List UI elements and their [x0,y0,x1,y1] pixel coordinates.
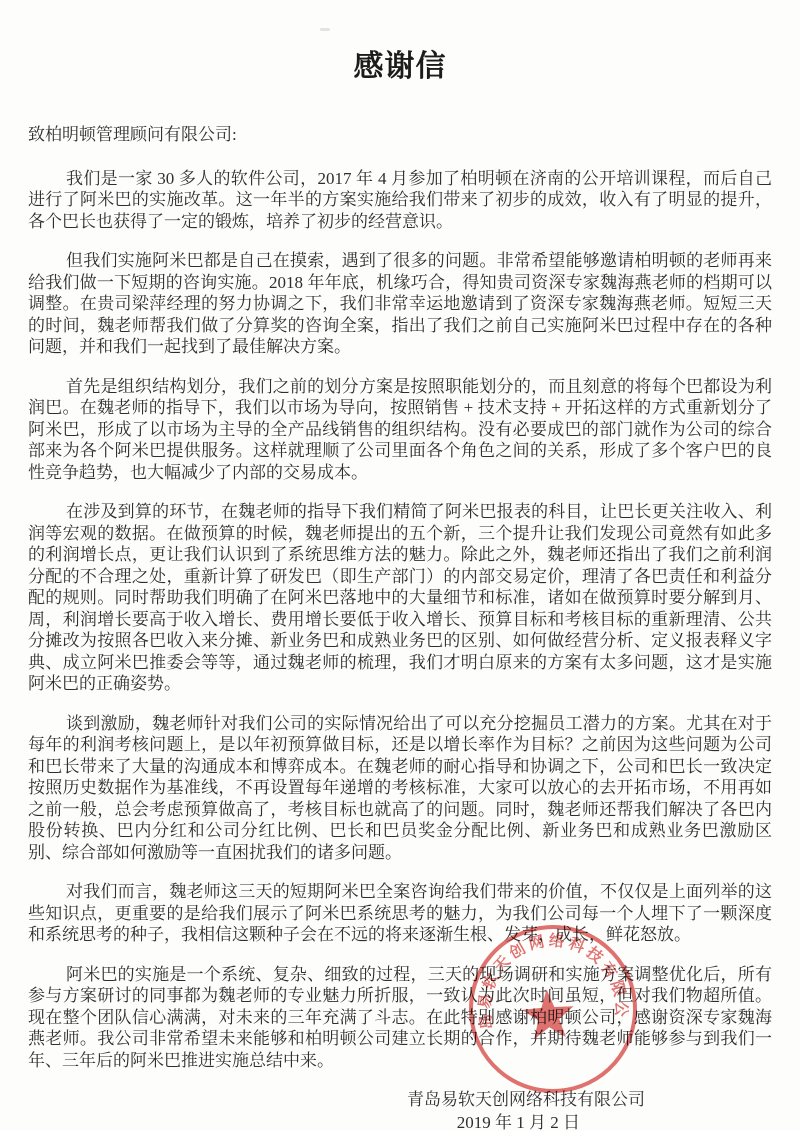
salutation: 致柏明顿管理顾问有限公司: [28,124,772,146]
company-seal: 青岛易软天创网络科技有限公司 [458,914,648,1104]
signature-date: 2019 年 1 月 2 日 [28,1112,772,1131]
body-paragraph-2: 但我们实施阿米巴都是自己在摸索，遇到了很多的问题。非常希望能够邀请柏明顿的老师再… [28,250,772,358]
body-paragraph-6: 对我们而言，魏老师这三天的短期阿米巴全案咨询给我们带来的价值，不仅仅是上面列举的… [28,881,772,946]
letter-body: 我们是一家 30 多人的软件公司，2017 年 4 月参加了柏明顿在济南的公开培… [28,168,772,1072]
letter-title: 感谢信 [0,0,800,87]
seal-star-icon [521,988,576,1040]
body-paragraph-5: 谈到激励，魏老师针对我们公司的实际情况给出了可以充分挖掘员工潜力的方案。尤其在对… [28,713,772,864]
signature-company: 青岛易软天创网络科技有限公司 [28,1089,772,1111]
scan-speck [320,28,330,31]
signature-block: 青岛易软天创网络科技有限公司 2019 年 1 月 2 日 [28,1089,772,1131]
letter-page: 感谢信 致柏明顿管理顾问有限公司: 我们是一家 30 多人的软件公司，2017 … [0,0,800,1131]
body-paragraph-7: 阿米巴的实施是一个系统、复杂、细致的过程，三天的现场调研和实施方案调整优化后，所… [28,964,772,1072]
body-paragraph-1: 我们是一家 30 多人的软件公司，2017 年 4 月参加了柏明顿在济南的公开培… [28,168,772,233]
body-paragraph-3: 首先是组织结构划分，我们之前的划分方案是按照职能划分的，而且刻意的将每个巴都设为… [28,376,772,484]
body-paragraph-4: 在涉及到算的环节，在魏老师的指导下我们精简了阿米巴报表的科目，让巴长更关注收入、… [28,501,772,695]
